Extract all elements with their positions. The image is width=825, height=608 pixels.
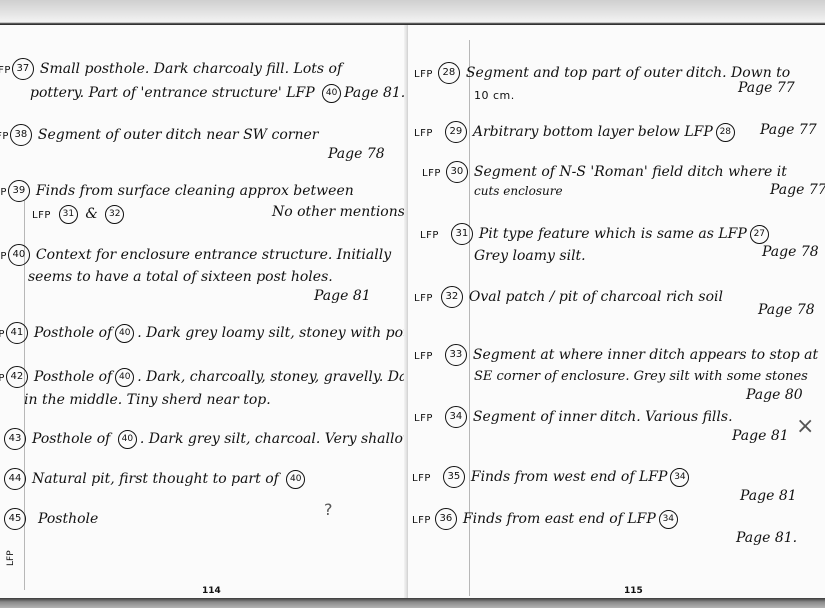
entry-lfp-40-line-2: seems to have a total of sixteen post ho…: [28, 266, 333, 288]
context-number-circle: 30: [446, 161, 468, 183]
ref-number-circle: 28: [716, 123, 735, 142]
context-number-circle: 45: [4, 508, 26, 530]
entry-lfp-42: LFP42Posthole of40. Dark, charcoally, st…: [0, 366, 438, 390]
context-number-circle: 40: [8, 244, 30, 266]
context-number-circle: 42: [6, 366, 28, 388]
entry-lfp-32: LFP32Oval patch / pit of charcoal rich s…: [414, 286, 723, 310]
scan-bottom-edge: [0, 598, 825, 608]
context-number-circle: 31: [451, 223, 473, 245]
context-number-circle: 37: [12, 58, 34, 80]
entry-lfp-28: LFP28Segment and top part of outer ditch…: [414, 62, 790, 86]
ref-number-circle: 40: [286, 470, 305, 489]
entry-lfp-30-line-2: cuts enclosure: [474, 180, 563, 202]
entry-lfp-42-line-2: in the middle. Tiny sherd near top.: [24, 389, 271, 411]
ref-number-circle: 34: [670, 468, 689, 487]
entry-lfp-33-line-2: SE corner of enclosure. Grey silt with s…: [474, 366, 808, 388]
page-ref: Page 81: [314, 288, 371, 304]
entry-lfp-37-line-2: pottery. Part of 'entrance structure' LF…: [30, 82, 405, 104]
entry-lfp-28-line-2: 10 cm.: [474, 84, 520, 107]
page-ref: Page 81: [732, 428, 789, 444]
page-ref: Page 78: [328, 146, 385, 162]
entry-lfp-29: LFP29Arbitrary bottom layer below LFP28: [414, 121, 738, 145]
context-number-circle: 32: [441, 286, 463, 308]
context-number-circle: 35: [443, 466, 465, 488]
entry-lfp-31: LFP31Pit type feature which is same as L…: [420, 223, 772, 247]
ref-number-circle: 27: [750, 225, 769, 244]
page-number-left: 114: [202, 586, 221, 596]
entry-lfp-31-line-2: Grey loamy silt.: [474, 245, 586, 267]
context-number-circle: 33: [445, 344, 467, 366]
lfp-vertical-label: LFP: [6, 550, 16, 566]
entry-lfp-35: LFP35Finds from west end of LFP34: [412, 466, 692, 490]
ref-number-circle: 40: [118, 430, 137, 449]
entry-lfp-39-line-2: LFP31 & 32: [32, 203, 127, 227]
entry-lfp-33: LFP33Segment at where inner ditch appear…: [414, 344, 818, 368]
ref-number-circle: 31: [59, 205, 78, 224]
question-mark: ?: [324, 500, 333, 519]
page-ref: Page 77: [738, 80, 795, 96]
ref-number-circle: 40: [115, 324, 134, 343]
context-number-circle: 43: [4, 428, 26, 450]
entry-lfp-43: 43Posthole of 40. Dark grey silt, charco…: [4, 428, 415, 450]
context-number-circle: 41: [6, 322, 28, 344]
page-ref: Page 81.: [736, 530, 797, 546]
entry-lfp-34: LFP34Segment of inner ditch. Various fil…: [414, 406, 733, 430]
entry-lfp-41: LFP41Posthole of40. Dark grey loamy silt…: [0, 322, 437, 346]
ref-number-circle: 32: [105, 205, 124, 224]
page-ref: Page 78: [762, 244, 819, 260]
entry-lfp-36: LFP36Finds from east end of LFP34: [412, 508, 681, 532]
entry-lfp-44: 44Natural pit, first thought to part of …: [4, 468, 308, 490]
entry-lfp-38: LFP38Segment of outer ditch near SW corn…: [0, 124, 318, 148]
context-number-circle: 44: [4, 468, 26, 490]
context-number-circle: 38: [10, 124, 32, 146]
cross-mark: ×: [796, 414, 814, 439]
context-number-circle: 36: [435, 508, 457, 530]
page-ref: Page 78: [758, 302, 815, 318]
page-ref: Page 77.: [770, 182, 825, 198]
ref-number-circle: 40: [322, 84, 341, 103]
entry-lfp-39: LFP39Finds from surface cleaning approx …: [0, 180, 354, 204]
page-ref: Page 80: [746, 387, 803, 403]
entry-lfp-45: 45Posthole: [4, 508, 98, 530]
entry-lfp-37: LFP37Small posthole. Dark charcoaly fill…: [0, 58, 342, 82]
ref-number-circle: 40: [115, 368, 134, 387]
entry-note: No other mentions.: [272, 204, 409, 220]
page-number-right: 115: [624, 586, 643, 596]
context-number-circle: 29: [445, 121, 467, 143]
entry-lfp-40: LFP40Context for enclosure entrance stru…: [0, 244, 391, 268]
context-number-circle: 39: [8, 180, 30, 202]
page-ref: Page 81: [740, 488, 797, 504]
scan-top-edge: [0, 0, 825, 26]
page-ref: Page 77: [760, 122, 817, 138]
ref-number-circle: 34: [659, 510, 678, 529]
context-number-circle: 28: [438, 62, 460, 84]
context-number-circle: 34: [445, 406, 467, 428]
